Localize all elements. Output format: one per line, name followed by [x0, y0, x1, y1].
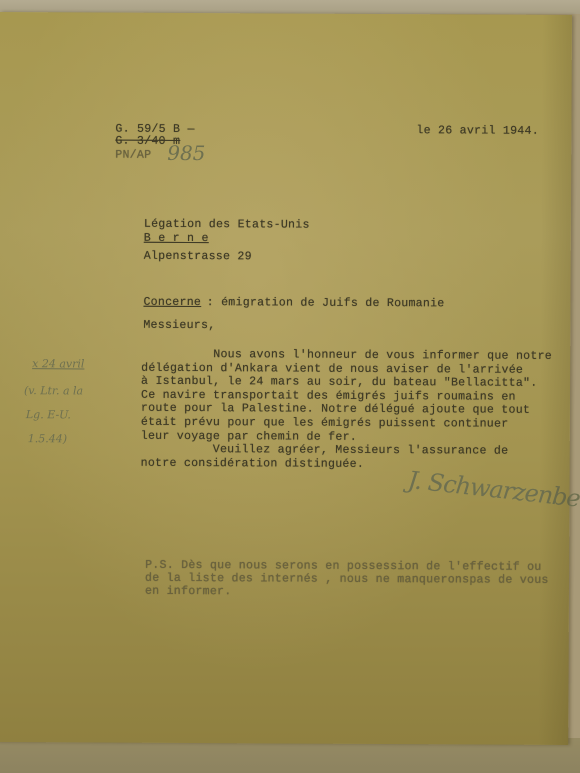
margin-note: x 24 avril: [32, 357, 84, 370]
salutation: Messieurs,: [143, 319, 215, 333]
signature: J. Schwarzenberg: [407, 466, 580, 515]
recipient-line-1: Légation des Etats-Unis: [144, 218, 310, 232]
body-line: leur voyage par chemin de fer.: [141, 429, 357, 444]
letter-page: G. 59/5 B — G. 3/40 m PN/AP 985 le 26 av…: [0, 12, 572, 745]
postscript-line: en informer.: [145, 585, 232, 599]
reference-3: PN/AP: [115, 149, 151, 163]
subject-text: : émigration de Juifs de Roumanie: [199, 296, 444, 311]
margin-note: Lg. E-U.: [26, 408, 71, 421]
letter-date: le 26 avril 1944.: [416, 124, 539, 138]
margin-note: 1.5.44): [28, 432, 67, 445]
subject-label: Concerne: [143, 296, 201, 310]
recipient-line-2: B e r n e: [144, 232, 209, 246]
closing-line: notre considération distinguée.: [141, 457, 365, 472]
closing-line: Veuillez agréer, Messieurs l'assurance d…: [141, 443, 509, 459]
margin-note: (v. Ltr. a la: [24, 384, 83, 397]
handwritten-file-number: 985: [167, 141, 205, 165]
recipient-line-3: Alpenstrasse 29: [144, 250, 252, 264]
